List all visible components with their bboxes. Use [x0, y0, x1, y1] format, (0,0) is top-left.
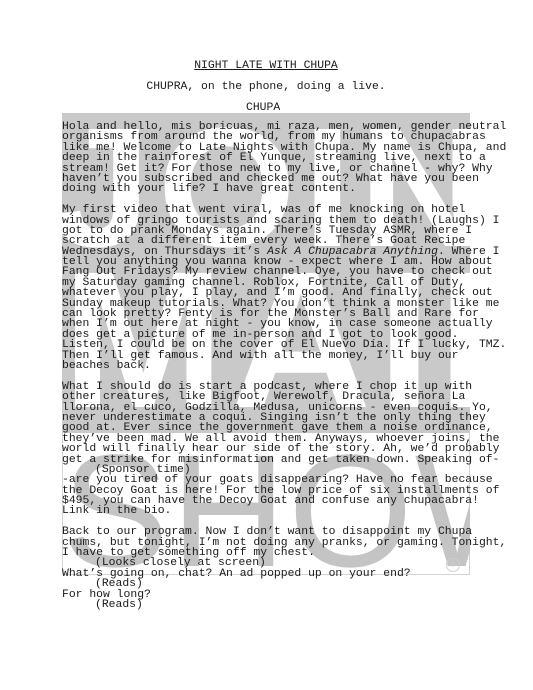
dialogue-line: other creatures, like Bigfoot, Werewolf,… — [62, 392, 482, 402]
script-title: NIGHT LATE WITH CHUPA — [62, 61, 470, 71]
dialogue-line: deep in the rainforest of El Yunque, str… — [62, 153, 482, 163]
dialogue-line: world will finally hear our side of the … — [62, 444, 482, 454]
dialogue-block: Hola and hello, mis boricuas, mi raza, m… — [62, 122, 482, 610]
parenthetical: (Reads) — [62, 600, 482, 610]
dialogue-line: Link in the bio. — [62, 506, 482, 516]
dialogue-line: doing with your life? I have great conte… — [62, 184, 482, 194]
dialogue-line: beaches back. — [62, 361, 482, 371]
scene-description: CHUPRA, on the phone, doing a live. — [62, 82, 470, 92]
dialogue-line: My first video that went viral, was of m… — [62, 205, 482, 215]
character-name: CHUPA — [246, 103, 280, 113]
